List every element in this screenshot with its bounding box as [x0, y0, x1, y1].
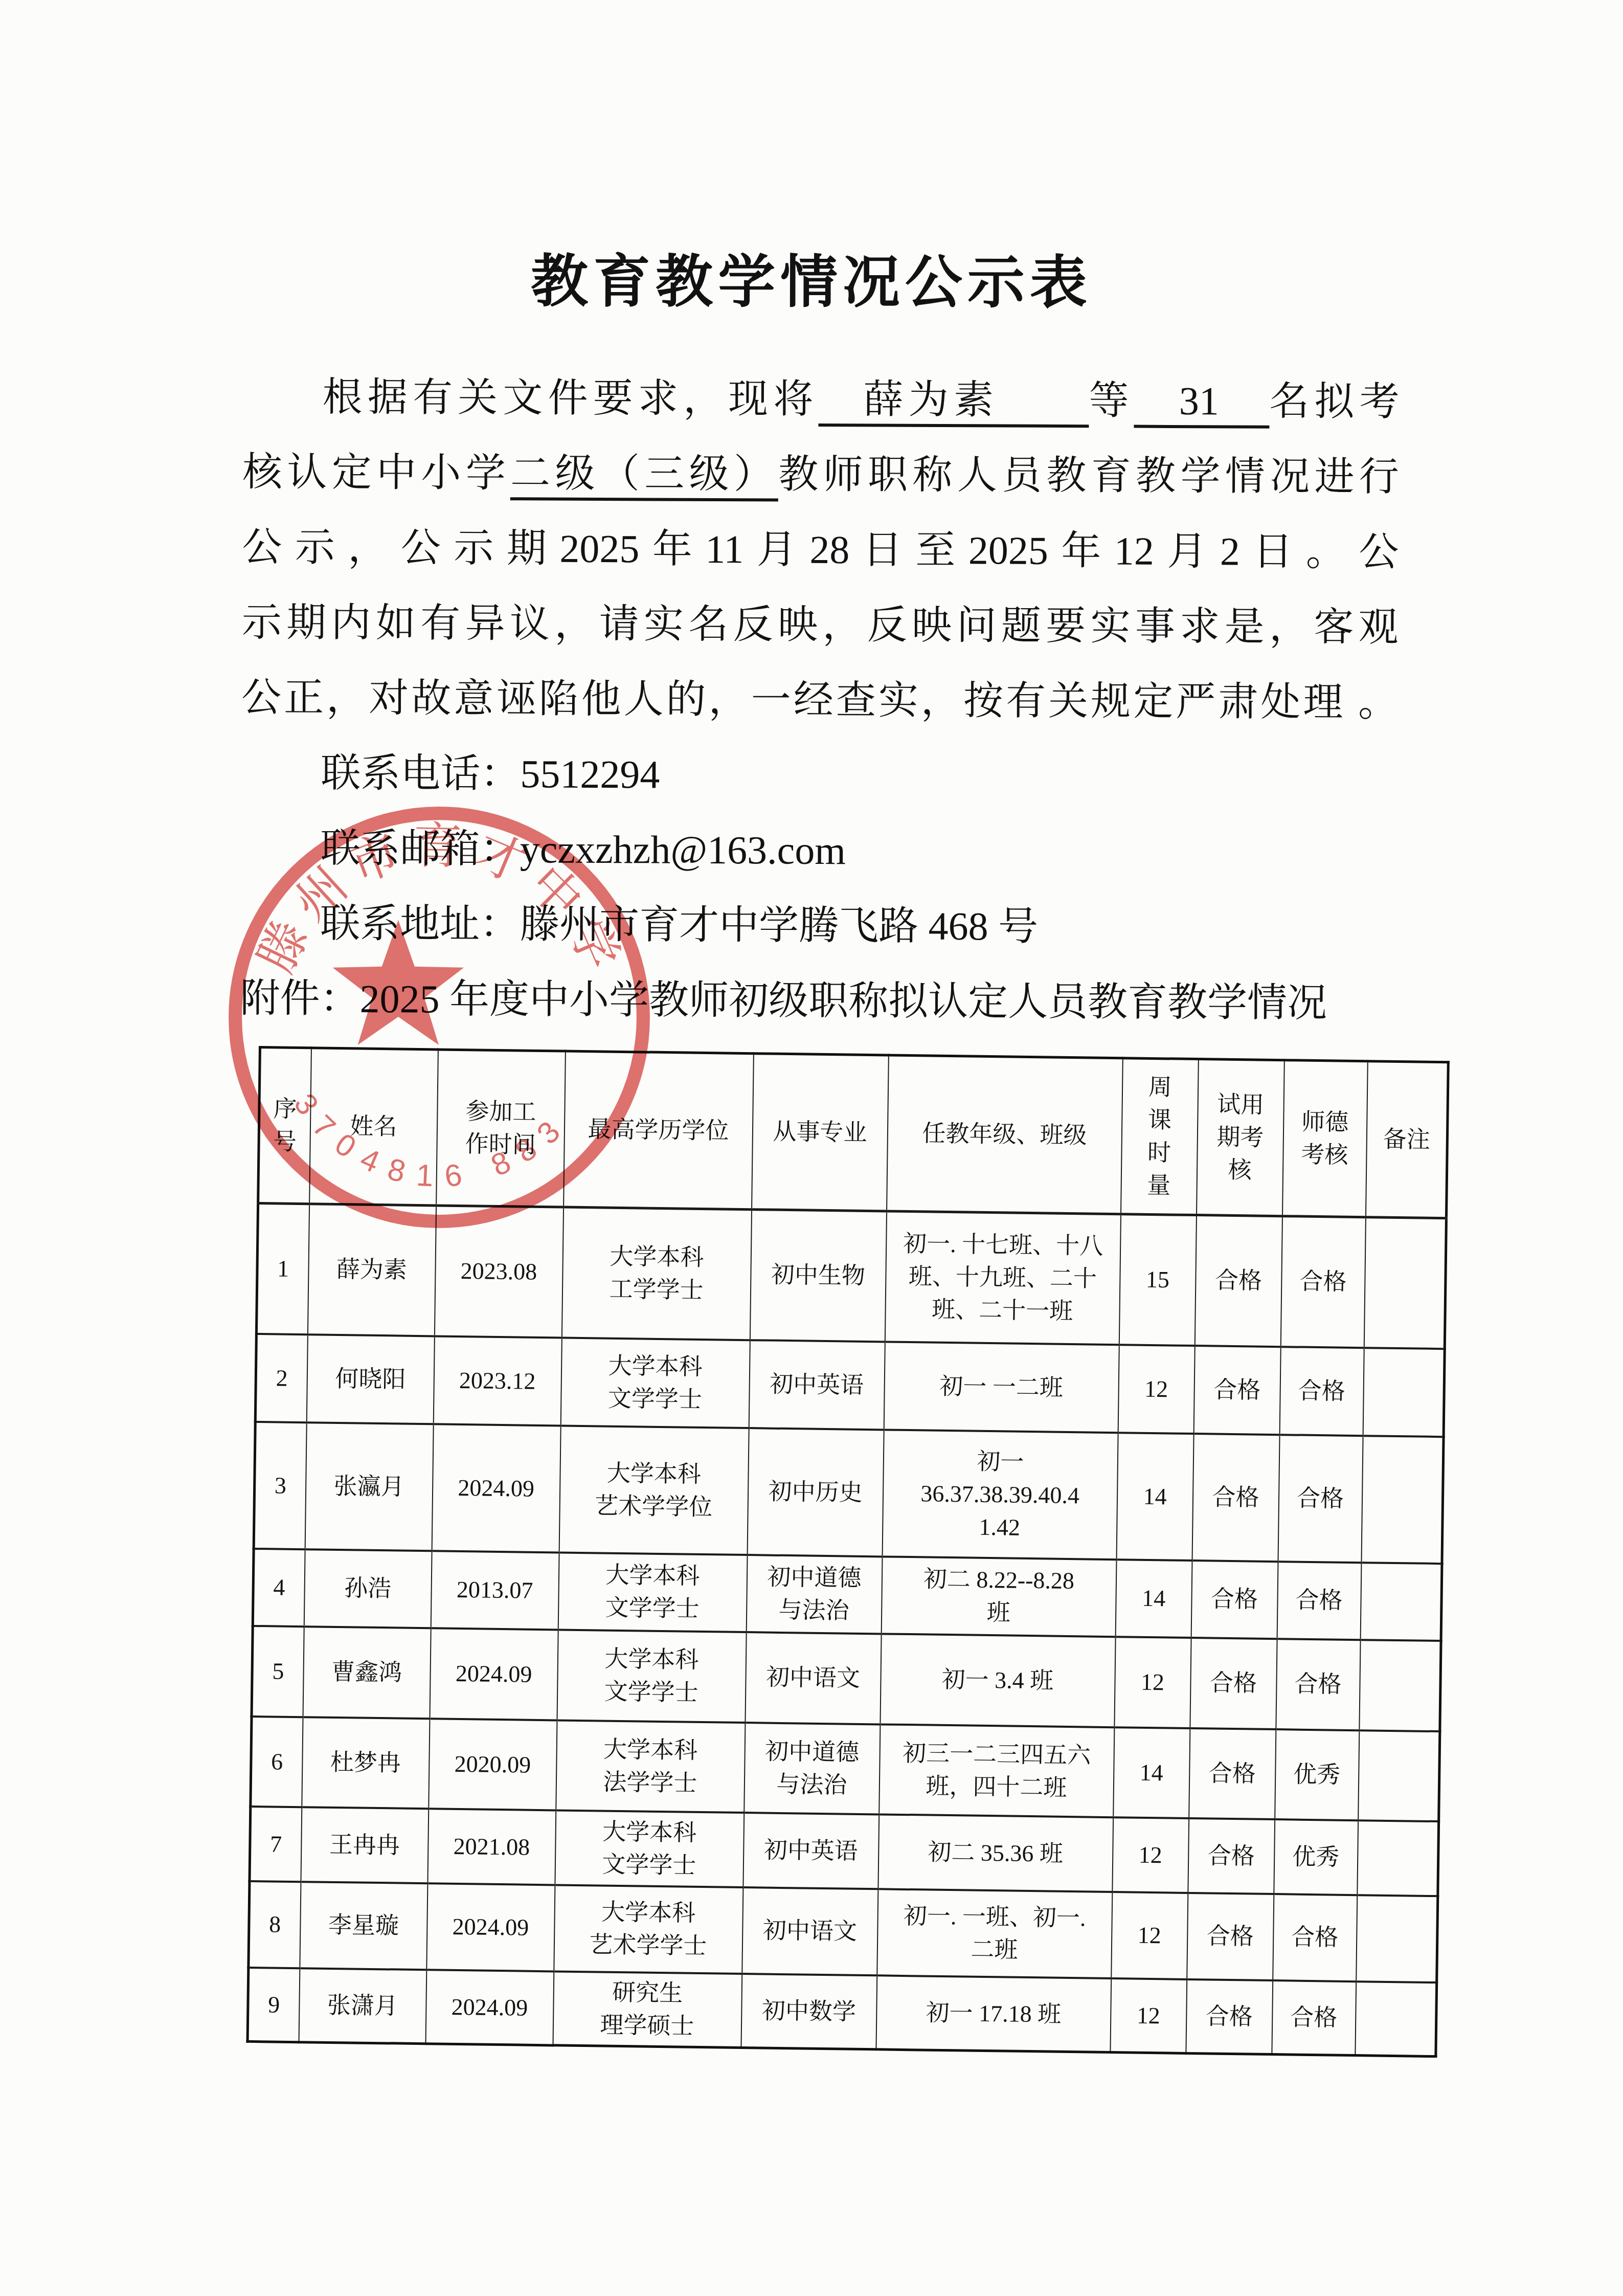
table-cell: 1 — [256, 1203, 309, 1334]
table-cell: 12 — [1111, 1892, 1188, 1979]
table-row: 8李星璇2024.09大学本科 艺术学学士初中语文初一. 一班、初一. 二班12… — [249, 1881, 1438, 1982]
table-cell — [1360, 1563, 1442, 1641]
table-row: 7王冉冉2021.08大学本科 文学学士初中英语初二 35.36 班12合格优秀 — [250, 1806, 1439, 1896]
table-cell: 初一 一二班 — [884, 1342, 1119, 1433]
table-row: 3张瀛月2024.09大学本科 艺术学学位初中历史初一 36.37.38.39.… — [254, 1421, 1444, 1563]
document-page: { "title": "教育教学情况公示表", "body": { "lines… — [0, 0, 1623, 2296]
table-cell: 2013.07 — [431, 1551, 559, 1630]
table-row: 6杜梦冉2020.09大学本科 法学学士初中道德 与法治初三一二三四五六 班，四… — [251, 1716, 1440, 1821]
table-cell: 初二 35.36 班 — [878, 1814, 1113, 1892]
table-cell: 初一. 十七班、十八 班、十九班、二十 班、二十一班 — [885, 1211, 1120, 1345]
table-header-cell: 最高学历学位 — [563, 1051, 754, 1210]
table-cell: 初中英语 — [749, 1340, 885, 1430]
table-header-cell: 任教年级、班级 — [887, 1055, 1123, 1214]
table-cell: 合格 — [1189, 1728, 1276, 1819]
table-header-cell: 参加工 作时间 — [436, 1050, 566, 1207]
table-cell: 2023.12 — [433, 1336, 561, 1425]
table-cell: 曹鑫鸿 — [303, 1626, 431, 1719]
table-header: 序 号姓名参加工 作时间最高学历学位从事专业任教年级、班级周 课 时 量试用 期… — [258, 1047, 1449, 1218]
table-cell: 初一 17.18 班 — [876, 1975, 1111, 2053]
body-line: 联系电话：5512294 — [241, 735, 1398, 815]
text-run: 联系地址：滕州市育才中学腾飞路 468 号 — [320, 901, 1038, 949]
table-cell: 大学本科 文学学士 — [555, 1810, 744, 1887]
body-line: 核认定中小学二级（三级）教师职称人员教育教学情况进行 — [242, 434, 1400, 515]
table-cell — [1358, 1730, 1440, 1821]
teacher-table: 序 号姓名参加工 作时间最高学历学位从事专业任教年级、班级周 课 时 量试用 期… — [246, 1046, 1450, 2058]
table-cell: 合格 — [1188, 1818, 1275, 1893]
table-cell — [1361, 1436, 1444, 1564]
table-cell: 3 — [254, 1421, 306, 1549]
table-cell: 张潇月 — [299, 1968, 426, 2044]
table-cell: 初三一二三四五六 班，四十二班 — [879, 1724, 1114, 1817]
table-cell: 初中生物 — [750, 1210, 886, 1342]
table-cell: 初中道德 与法治 — [744, 1723, 880, 1814]
table-body: 1薛为素2023.08大学本科 工学学士初中生物初一. 十七班、十八 班、十九班… — [247, 1203, 1446, 2057]
table-cell: 大学本科 文学学士 — [557, 1630, 746, 1723]
text-run: 等 — [1089, 378, 1134, 422]
body-line: 示期内如有异议，请实名反映，反映问题要实事求是，客观 — [241, 585, 1399, 665]
table-cell: 6 — [251, 1716, 303, 1807]
table-cell: 李星璇 — [300, 1882, 427, 1970]
table-cell: 2 — [255, 1333, 307, 1422]
table-cell — [1364, 1217, 1446, 1349]
table-header-cell: 备注 — [1365, 1061, 1448, 1218]
table-cell — [1355, 1981, 1437, 2057]
body-line: 根据有关文件要求，现将 薛为素 等 31 名拟考 — [242, 359, 1400, 439]
table-cell: 初中英语 — [743, 1813, 879, 1889]
text-run: 联系电话：5512294 — [321, 751, 660, 797]
table-cell: 2023.08 — [434, 1206, 563, 1338]
table-cell: 大学本科 文学学士 — [560, 1338, 750, 1428]
table-cell: 12 — [1110, 1978, 1187, 2054]
table-cell: 15 — [1119, 1214, 1196, 1346]
body-line: 公正，对故意诬陷他人的，一经查实，按有关规定严肃处理 。 — [241, 660, 1399, 740]
table-cell: 7 — [250, 1806, 302, 1881]
table-cell: 9 — [247, 1967, 300, 2042]
table-cell: 4 — [253, 1548, 305, 1626]
table-cell: 2020.09 — [429, 1719, 557, 1810]
table-row: 2何晓阳2023.12大学本科 文学学士初中英语初一 一二班12合格合格 — [255, 1333, 1445, 1436]
body-text: 根据有关文件要求，现将 薛为素 等 31 名拟考核认定中小学二级（三级）教师职称… — [240, 359, 1400, 1041]
text-run: 教师职称人员教育教学情况进行 — [778, 452, 1399, 499]
table-cell: 大学本科 工学学士 — [561, 1207, 751, 1340]
table-cell: 大学本科 法学学士 — [556, 1720, 745, 1813]
table-cell: 合格 — [1187, 1892, 1274, 1980]
table-cell: 初二 8.22--8.28 班 — [881, 1556, 1116, 1637]
table-cell: 12 — [1114, 1637, 1191, 1728]
table-cell: 大学本科 艺术学学士 — [554, 1885, 743, 1974]
underlined-text: 二级（三级） — [510, 451, 779, 501]
table-cell: 何晓阳 — [306, 1334, 434, 1424]
table-cell: 合格 — [1279, 1347, 1364, 1436]
table-cell: 12 — [1118, 1345, 1194, 1434]
table-header-row: 序 号姓名参加工 作时间最高学历学位从事专业任教年级、班级周 课 时 量试用 期… — [258, 1047, 1449, 1218]
body-line: 联系邮箱：yczxzhzh@163.com — [241, 810, 1398, 890]
table-cell — [1357, 1820, 1439, 1896]
table-cell: 张瀛月 — [305, 1422, 433, 1551]
table-cell: 王冉冉 — [301, 1807, 429, 1883]
table-cell: 合格 — [1191, 1561, 1278, 1639]
table-cell — [1363, 1348, 1445, 1437]
table-cell: 研究生 理学硕士 — [553, 1971, 742, 2048]
underlined-text: 薛为素 — [818, 377, 1089, 428]
text-run: 公正，对故意诬陷他人的，一经查实，按有关规定严肃处理 。 — [241, 675, 1398, 725]
table-cell: 孙浩 — [304, 1549, 432, 1628]
table-cell: 2024.09 — [430, 1628, 558, 1720]
table-cell: 初一 36.37.38.39.40.4 1.42 — [882, 1430, 1118, 1559]
table-cell: 2024.09 — [425, 1970, 554, 2045]
table-cell: 优秀 — [1274, 1819, 1358, 1895]
table-cell: 初一. 一班、初一. 二班 — [877, 1889, 1112, 1978]
table-header-cell: 周 课 时 量 — [1121, 1058, 1199, 1215]
table-cell: 12 — [1112, 1817, 1189, 1893]
table-cell: 合格 — [1193, 1346, 1280, 1435]
table-header-cell: 试用 期考 核 — [1196, 1059, 1284, 1216]
underlined-text: 31 — [1134, 378, 1270, 429]
table-cell: 2024.09 — [432, 1424, 560, 1552]
table-cell: 初中数学 — [741, 1974, 877, 2049]
table-cell: 优秀 — [1275, 1729, 1359, 1820]
table-row: 4孙浩2013.07大学本科 文学学士初中道德 与法治初二 8.22--8.28… — [253, 1548, 1442, 1640]
table-cell: 合格 — [1186, 1979, 1273, 2054]
body-line: 公示，公示期2025年11月28日至2025年12月2日。公 — [242, 509, 1399, 590]
teacher-table-wrap: 序 号姓名参加工 作时间最高学历学位从事专业任教年级、班级周 课 时 量试用 期… — [246, 1046, 1450, 2058]
table-cell: 初一 3.4 班 — [880, 1634, 1115, 1727]
table-cell: 大学本科 艺术学学位 — [559, 1425, 749, 1555]
table-cell: 薛为素 — [307, 1204, 436, 1336]
table-cell: 2024.09 — [426, 1883, 555, 1971]
table-cell: 初中道德 与法治 — [746, 1555, 882, 1634]
table-cell — [1359, 1640, 1441, 1731]
table-cell: 合格 — [1277, 1562, 1361, 1640]
table-cell: 14 — [1116, 1433, 1193, 1561]
table-cell: 2021.08 — [427, 1809, 556, 1885]
table-cell: 合格 — [1278, 1435, 1363, 1563]
text-run: 根据有关文件要求，现将 — [322, 375, 818, 421]
text-run: 联系邮箱：yczxzhzh@163.com — [321, 826, 846, 873]
text-run: 示期内如有异议，请实名反映，反映问题要实事求是，客观 — [242, 600, 1399, 650]
table-row: 1薛为素2023.08大学本科 工学学士初中生物初一. 十七班、十八 班、十九班… — [256, 1203, 1446, 1349]
table-cell: 5 — [252, 1625, 304, 1717]
table-header-cell: 序 号 — [258, 1047, 311, 1204]
table-cell: 初中历史 — [747, 1428, 884, 1556]
table-cell: 合格 — [1192, 1434, 1279, 1562]
table-row: 5曹鑫鸿2024.09大学本科 文学学士初中语文初一 3.4 班12合格合格 — [252, 1625, 1441, 1731]
table-cell: 8 — [249, 1881, 301, 1968]
table-cell: 合格 — [1276, 1639, 1360, 1730]
table-cell: 14 — [1115, 1559, 1192, 1638]
table-cell: 合格 — [1280, 1216, 1365, 1348]
table-header-cell: 从事专业 — [752, 1054, 889, 1211]
table-cell: 合格 — [1194, 1215, 1282, 1347]
page-title: 教育教学情况公示表 — [0, 234, 1623, 321]
body-line: 联系地址：滕州市育才中学腾飞路 468 号 — [240, 885, 1397, 966]
table-cell: 大学本科 文学学士 — [558, 1552, 747, 1632]
text-run: 附件：2025 年度中小学教师初级职称拟认定人员教育教学情况 — [240, 976, 1327, 1025]
text-run: 名拟考 — [1269, 379, 1400, 424]
table-cell: 杜梦冉 — [302, 1717, 430, 1809]
table-cell: 合格 — [1272, 1980, 1356, 2056]
table-cell: 合格 — [1190, 1638, 1277, 1729]
table-row: 9张潇月2024.09研究生 理学硕士初中数学初一 17.18 班12合格合格 — [247, 1967, 1437, 2056]
table-cell: 合格 — [1273, 1894, 1357, 1981]
table-header-cell: 师德 考核 — [1282, 1060, 1367, 1217]
table-cell: 14 — [1113, 1727, 1190, 1818]
table-cell — [1356, 1895, 1438, 1982]
table-header-cell: 姓名 — [309, 1048, 438, 1206]
text-run: 核认定中小学 — [242, 450, 511, 495]
table-cell: 初中语文 — [745, 1632, 881, 1724]
table-cell: 初中语文 — [742, 1887, 878, 1975]
text-run: 公示，公示期2025年11月28日至2025年12月2日。公 — [242, 525, 1399, 574]
body-line: 附件：2025 年度中小学教师初级职称拟认定人员教育教学情况 — [240, 961, 1397, 1041]
